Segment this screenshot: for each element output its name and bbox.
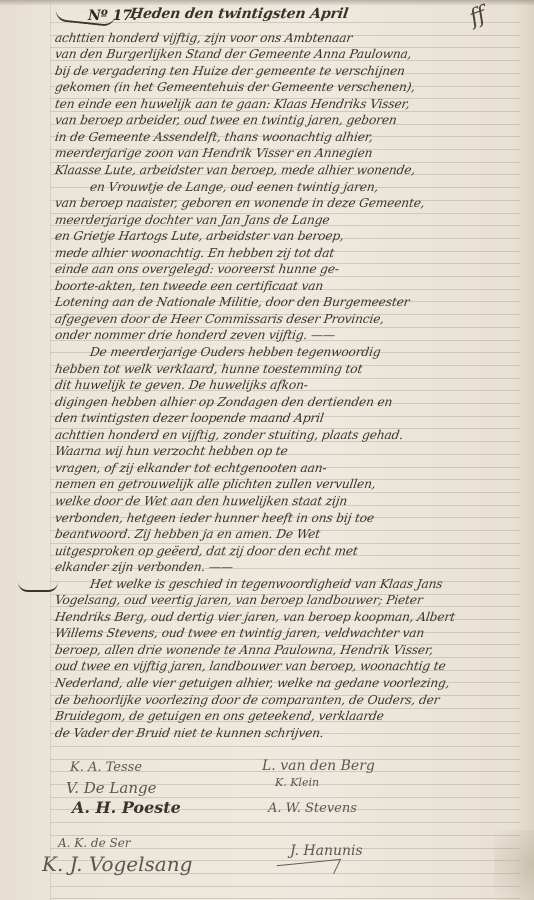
handwritten-line: Lotening aan de Nationale Militie, door … bbox=[54, 295, 526, 309]
handwritten-line: achttien honderd vijftig, zijn voor ons … bbox=[54, 31, 526, 45]
handwritten-line: en Grietje Hartogs Lute, arbeidster van … bbox=[54, 229, 526, 243]
handwritten-line: Klaasse Lute, arbeidster van beroep, med… bbox=[54, 163, 526, 177]
ruled-line bbox=[50, 822, 520, 823]
handwritten-line: digingen hebben alhier op Zondagen den d… bbox=[54, 395, 526, 409]
handwritten-line: de behoorlijke voorlezing door de compar… bbox=[54, 693, 526, 707]
signature: K. A. Tesse bbox=[70, 760, 142, 775]
ruled-line bbox=[50, 886, 520, 887]
left-margin-rule bbox=[50, 0, 51, 900]
handwritten-line: ten einde een huwelijk aan te gaan: Klaa… bbox=[54, 97, 526, 111]
signature: K. Klein bbox=[275, 776, 319, 789]
handwritten-line: Bruidegom, de getuigen en ons geteekend,… bbox=[54, 709, 526, 723]
handwritten-line: Hendriks Berg, oud dertig vier jaren, va… bbox=[54, 610, 526, 624]
handwritten-line: meerderjarige dochter van Jan Jans de La… bbox=[54, 213, 526, 227]
handwritten-line: einde aan ons overgelegd: vooreerst hunn… bbox=[54, 262, 526, 276]
paper-stain bbox=[494, 830, 534, 900]
handwritten-line: vragen, of zij elkander tot echtgenooten… bbox=[54, 461, 526, 475]
handwritten-line: Het welke is geschied in tegenwoordighei… bbox=[89, 577, 521, 591]
handwritten-line: bij de vergadering ten Huize der gemeent… bbox=[54, 64, 526, 78]
handwritten-line: Heden den twintigsten April bbox=[129, 6, 534, 22]
handwritten-line: achttien honderd en vijftig, zonder stui… bbox=[54, 428, 526, 442]
ruled-line bbox=[50, 898, 520, 899]
handwritten-line: Waarna wij hun verzocht hebben op te bbox=[54, 444, 526, 458]
handwritten-line: afgegeven door de Heer Commissaris deser… bbox=[54, 312, 526, 326]
signature: L. van den Berg bbox=[262, 758, 375, 774]
ruled-line bbox=[50, 111, 520, 112]
handwritten-line: dit huwelijk te geven. De huwelijks afko… bbox=[54, 378, 526, 392]
paragraph-flourish bbox=[18, 582, 58, 592]
handwritten-line: in de Gemeente Assendelft, thans woonach… bbox=[54, 130, 526, 144]
handwritten-line: beroep, allen drie wonende te Anna Paulo… bbox=[54, 643, 526, 657]
signature: J. Hanunis bbox=[290, 843, 363, 859]
signature: K. J. Vogelsang bbox=[42, 852, 192, 876]
handwritten-line: van beroep naaister, geboren en wonende … bbox=[54, 196, 526, 210]
handwritten-line: welke door de Wet aan den huwelijken sta… bbox=[54, 494, 526, 508]
handwritten-line: den twintigsten dezer loopende maand Apr… bbox=[54, 411, 526, 425]
handwritten-line: nemen en getrouwelijk alle plichten zull… bbox=[54, 477, 526, 491]
ruled-line bbox=[50, 492, 520, 493]
signature: A. K. de Ser bbox=[58, 836, 131, 850]
handwritten-line: van beroep arbeider, oud twee en twintig… bbox=[54, 113, 526, 127]
handwritten-line: uitgesproken op geëerd, dat zij door den… bbox=[54, 544, 526, 558]
ruled-line bbox=[50, 746, 520, 747]
ruled-line bbox=[50, 276, 520, 277]
ruled-line bbox=[50, 657, 520, 658]
handwritten-line: oud twee en vijftig jaren, landbouwer va… bbox=[54, 659, 526, 673]
handwritten-line: elkander zijn verbonden. —— bbox=[54, 560, 526, 574]
handwritten-line: Willems Stevens, oud twee en twintig jar… bbox=[54, 626, 526, 640]
handwritten-line: boorte-akten, ten tweede een certificaat… bbox=[54, 279, 526, 293]
handwritten-line: verbonden, hetgeen ieder hunner heeft in… bbox=[54, 511, 526, 525]
registry-page: Nº 17. ff Heden den twintigsten Aprilach… bbox=[0, 0, 534, 900]
handwritten-line: mede alhier woonachtig. En hebben zij to… bbox=[54, 246, 526, 260]
signature-flourish bbox=[270, 859, 341, 880]
handwritten-line: De meerderjarige Ouders hebben tegenwoor… bbox=[89, 345, 521, 359]
handwritten-line: hebben tot welk verklaard, hunne toestem… bbox=[54, 362, 526, 376]
handwritten-line: beantwoord. Zij hebben ja en amen. De We… bbox=[54, 527, 526, 541]
handwritten-line: meerderjarige zoon van Hendrik Visser en… bbox=[54, 146, 526, 160]
signature: V. De Lange bbox=[66, 779, 156, 797]
handwritten-line: de Vader der Bruid niet te kunnen schrij… bbox=[54, 726, 526, 740]
handwritten-line: Vogelsang, oud veertig jaren, van beroep… bbox=[54, 593, 526, 607]
handwritten-line: gekomen (in het Gemeentehuis der Gemeent… bbox=[54, 80, 526, 94]
handwritten-line: Nederland, alle vier getuigen alhier, we… bbox=[54, 676, 526, 690]
signature: A. W. Stevens bbox=[268, 801, 357, 816]
handwritten-line: onder nommer drie honderd zeven vijftig.… bbox=[54, 328, 526, 342]
handwritten-line: en Vrouwtje de Lange, oud eenen twintig … bbox=[89, 180, 521, 194]
handwritten-line: van den Burgerlijken Stand der Gemeente … bbox=[54, 47, 526, 61]
signature: A. H. Poeste bbox=[72, 798, 181, 817]
